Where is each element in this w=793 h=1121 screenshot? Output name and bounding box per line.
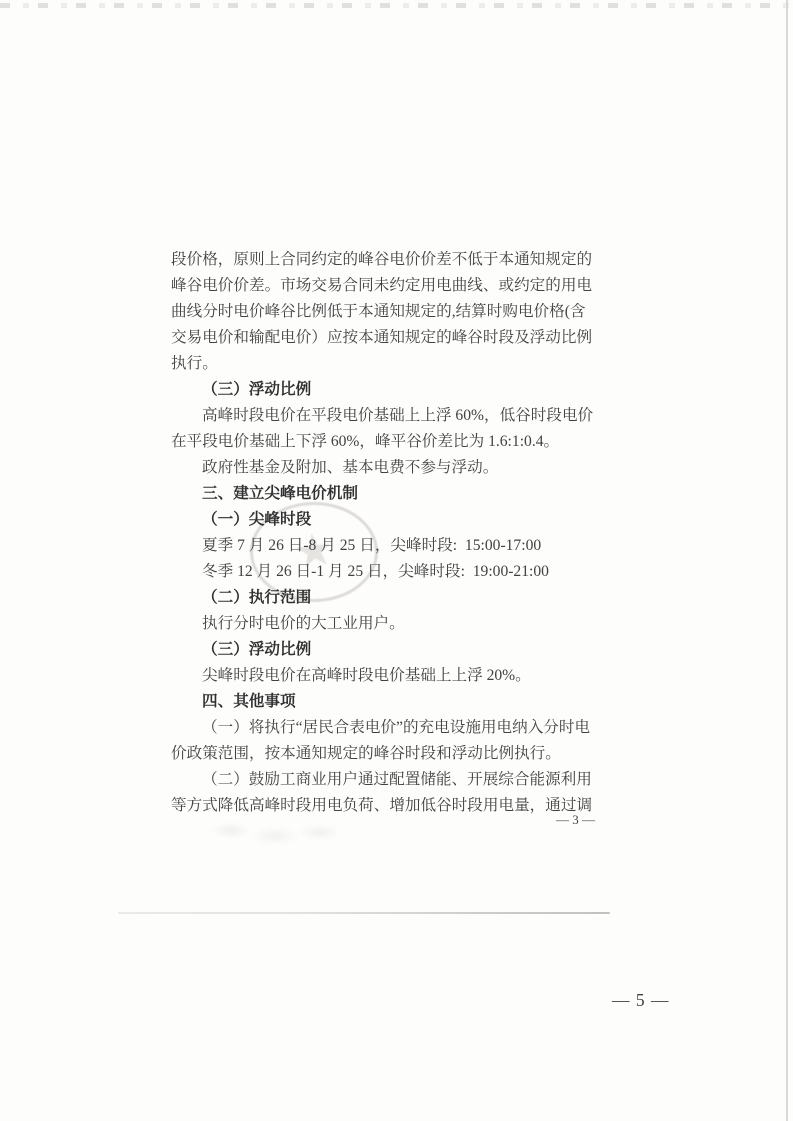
text-line: 政府性基金及附加、基本电费不参与浮动。: [171, 455, 597, 481]
text-line: 交易电价和输配电价）应按本通知规定的峰谷时段及浮动比例: [171, 325, 597, 351]
document-body: 段价格，原则上合同约定的峰谷电价价差不低于本通知规定的 峰谷电价价差。市场交易合…: [171, 247, 597, 819]
text-line: 价政策范围，按本通知规定的峰谷时段和浮动比例执行。: [171, 741, 597, 767]
text-line: 夏季 7 月 26 日-8 月 25 日，尖峰时段: 15:00-17:00: [171, 533, 597, 559]
footer-page-number: — 5 —: [612, 990, 670, 1011]
scan-artifact-top-speckle: [0, 3, 793, 8]
scan-artifact-right-edge-line: [786, 0, 788, 1121]
text-line: 冬季 12 月 26 日-1 月 25 日，尖峰时段: 19:00-21:00: [171, 559, 597, 585]
text-line: （一）将执行“居民合表电价”的充电设施用电纳入分时电: [171, 715, 597, 741]
inner-page-number: — 3 —: [556, 813, 595, 827]
text-line: （二）鼓励工商业用户通过配置储能、开展综合能源利用: [171, 767, 597, 793]
scan-artifact-ink-smudge: [198, 816, 346, 852]
section-heading: 四、其他事项: [171, 689, 597, 715]
text-line: 在平段电价基础上下浮 60%，峰平谷价差比为 1.6:1:0.4。: [171, 429, 597, 455]
text-line: 尖峰时段电价在高峰时段电价基础上上浮 20%。: [171, 663, 597, 689]
section-heading: （三）浮动比例: [171, 637, 597, 663]
text-line: 执行。: [171, 351, 597, 377]
text-line: 高峰时段电价在平段电价基础上上浮 60%，低谷时段电价: [171, 403, 597, 429]
section-heading: （二）执行范围: [171, 585, 597, 611]
section-heading: （三）浮动比例: [171, 377, 597, 403]
scanned-document-page: ★ 段价格，原则上合同约定的峰谷电价价差不低于本通知规定的 峰谷电价价差。市场交…: [0, 0, 793, 1121]
scan-artifact-faint-line: [118, 912, 610, 914]
section-heading: （一）尖峰时段: [171, 507, 597, 533]
text-line: 段价格，原则上合同约定的峰谷电价价差不低于本通知规定的: [171, 247, 597, 273]
text-line: 峰谷电价价差。市场交易合同未约定用电曲线、或约定的用电: [171, 273, 597, 299]
text-line: 执行分时电价的大工业用户。: [171, 611, 597, 637]
text-line: 等方式降低高峰时段用电负荷、增加低谷时段用电量，通过调: [171, 793, 597, 819]
section-heading: 三、建立尖峰电价机制: [171, 481, 597, 507]
text-line: 曲线分时电价峰谷比例低于本通知规定的,结算时购电价格(含: [171, 299, 597, 325]
